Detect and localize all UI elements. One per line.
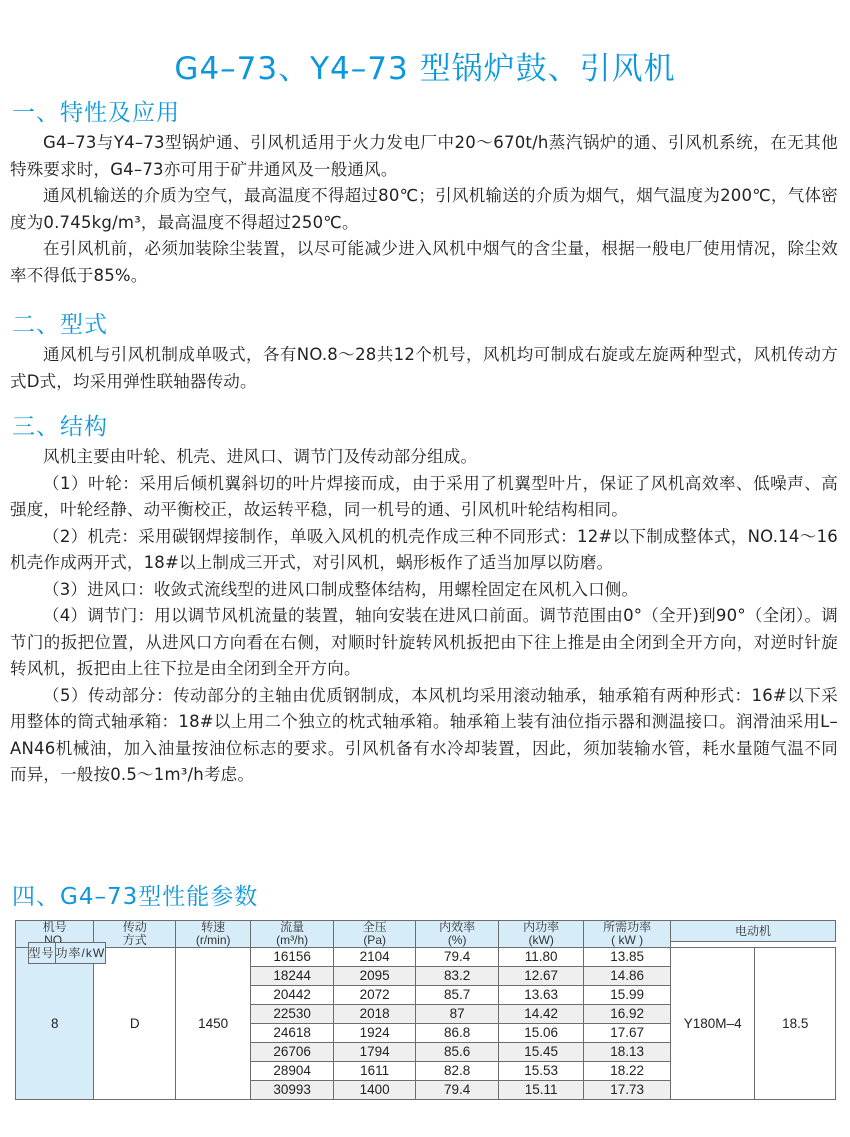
cell-efficiency: 82.8 [416, 1062, 499, 1081]
cell-drive: D [94, 948, 175, 1100]
cell-efficiency: 87 [416, 1005, 499, 1024]
cell-required-power: 18.22 [584, 1062, 671, 1081]
cell-inner-power: 12.67 [498, 967, 584, 986]
table-header-row: 机号NO. 传动方式 转速(r/min) 流量(m³/h) 全压(Pa) 内效率… [16, 921, 836, 942]
cell-flow: 20442 [251, 986, 334, 1005]
cell-inner-power: 15.06 [498, 1024, 584, 1043]
section-heading-characteristics: 一、特性及应用 [12, 94, 180, 127]
paragraph: 在引风机前，必须加装除尘装置，以尽可能减少进入风机中烟气的含尘量，根据一般电厂使… [10, 236, 838, 289]
paragraph: （1）叶轮：采用后倾机翼斜切的叶片焊接而成，由于采用了机翼型叶片，保证了风机高效… [10, 471, 838, 524]
cell-required-power: 16.92 [584, 1005, 671, 1024]
cell-required-power: 15.99 [584, 986, 671, 1005]
cell-required-power: 14.86 [584, 967, 671, 986]
performance-table: 机号NO. 传动方式 转速(r/min) 流量(m³/h) 全压(Pa) 内效率… [15, 920, 836, 1100]
cell-efficiency: 85.6 [416, 1043, 499, 1062]
cell-motor-power: 18.5 [755, 948, 836, 1100]
header-pressure: 全压(Pa) [333, 921, 416, 948]
cell-pressure: 2104 [333, 948, 416, 967]
cell-efficiency: 83.2 [416, 967, 499, 986]
cell-no: 8 [16, 948, 94, 1100]
header-speed: 转速(r/min) [175, 921, 250, 948]
table-subheader-row: 型号 功率/kW [28, 942, 107, 964]
cell-flow: 16156 [251, 948, 334, 967]
paragraph: （3）进风口：收敛式流线型的进风口制成整体结构，用螺栓固定在风机入口侧。 [10, 577, 838, 604]
header-inner-power: 内功率(kW) [498, 921, 584, 948]
cell-efficiency: 79.4 [416, 1081, 499, 1100]
paragraph: G4–73与Y4–73型锅炉通、引风机适用于火力发电厂中20～670t/h蒸汽锅… [10, 130, 838, 183]
cell-pressure: 1611 [333, 1062, 416, 1081]
cell-required-power: 17.73 [584, 1081, 671, 1100]
cell-flow: 22530 [251, 1005, 334, 1024]
header-motor-power: 功率/kW [55, 943, 106, 964]
header-required-power: 所需功率( kW ) [584, 921, 671, 948]
cell-inner-power: 15.11 [498, 1081, 584, 1100]
cell-pressure: 1924 [333, 1024, 416, 1043]
cell-motor-model: Y180M–4 [670, 948, 755, 1100]
header-motor-model: 型号 [28, 943, 55, 964]
cell-inner-power: 15.45 [498, 1043, 584, 1062]
cell-pressure: 2072 [333, 986, 416, 1005]
header-motor: 电动机 [670, 921, 835, 942]
cell-pressure: 2095 [333, 967, 416, 986]
section-body-characteristics: G4–73与Y4–73型锅炉通、引风机适用于火力发电厂中20～670t/h蒸汽锅… [10, 130, 838, 289]
cell-speed: 1450 [175, 948, 250, 1100]
paragraph: 通风机输送的介质为空气，最高温度不得超过80℃；引风机输送的介质为烟气，烟气温度… [10, 183, 838, 236]
section-heading-performance: 四、G4–73型性能参数 [12, 878, 258, 911]
cell-inner-power: 15.53 [498, 1062, 584, 1081]
cell-flow: 28904 [251, 1062, 334, 1081]
cell-flow: 26706 [251, 1043, 334, 1062]
section-heading-structure: 三、结构 [12, 408, 108, 441]
section-heading-type: 二、型式 [12, 306, 108, 339]
cell-required-power: 18.13 [584, 1043, 671, 1062]
header-efficiency: 内效率(%) [416, 921, 499, 948]
cell-inner-power: 14.42 [498, 1005, 584, 1024]
cell-inner-power: 13.63 [498, 986, 584, 1005]
cell-inner-power: 11.80 [498, 948, 584, 967]
section-body-type: 通风机与引风机制成单吸式，各有NO.8～28共12个机号，风机均可制成右旋或左旋… [10, 342, 838, 395]
cell-flow: 24618 [251, 1024, 334, 1043]
table-row: 8 D 1450 16156 2104 79.4 11.80 13.85 Y18… [16, 948, 836, 967]
cell-efficiency: 85.7 [416, 986, 499, 1005]
paragraph: （4）调节门：用以调节风机流量的装置，轴向安装在进风口前面。调节范围由0°（全开… [10, 603, 838, 683]
page-title: G4–73、Y4–73 型锅炉鼓、引风机 [0, 43, 850, 88]
header-drive: 传动方式 [94, 921, 175, 948]
cell-required-power: 17.67 [584, 1024, 671, 1043]
cell-flow: 18244 [251, 967, 334, 986]
paragraph: （2）机壳：采用碳钢焊接制作，单吸入风机的机壳作成三种不同形式：12#以下制成整… [10, 524, 838, 577]
paragraph: 通风机与引风机制成单吸式，各有NO.8～28共12个机号，风机均可制成右旋或左旋… [10, 342, 838, 395]
section-body-structure: 风机主要由叶轮、机壳、进风口、调节门及传动部分组成。 （1）叶轮：采用后倾机翼斜… [10, 444, 838, 789]
cell-pressure: 2018 [333, 1005, 416, 1024]
cell-flow: 30993 [251, 1081, 334, 1100]
cell-pressure: 1400 [333, 1081, 416, 1100]
paragraph: （5）传动部分：传动部分的主轴由优质钢制成，本风机均采用滚动轴承，轴承箱有两种形… [10, 683, 838, 789]
paragraph: 风机主要由叶轮、机壳、进风口、调节门及传动部分组成。 [10, 444, 838, 471]
cell-efficiency: 79.4 [416, 948, 499, 967]
header-flow: 流量(m³/h) [251, 921, 334, 948]
cell-efficiency: 86.8 [416, 1024, 499, 1043]
cell-pressure: 1794 [333, 1043, 416, 1062]
cell-required-power: 13.85 [584, 948, 671, 967]
